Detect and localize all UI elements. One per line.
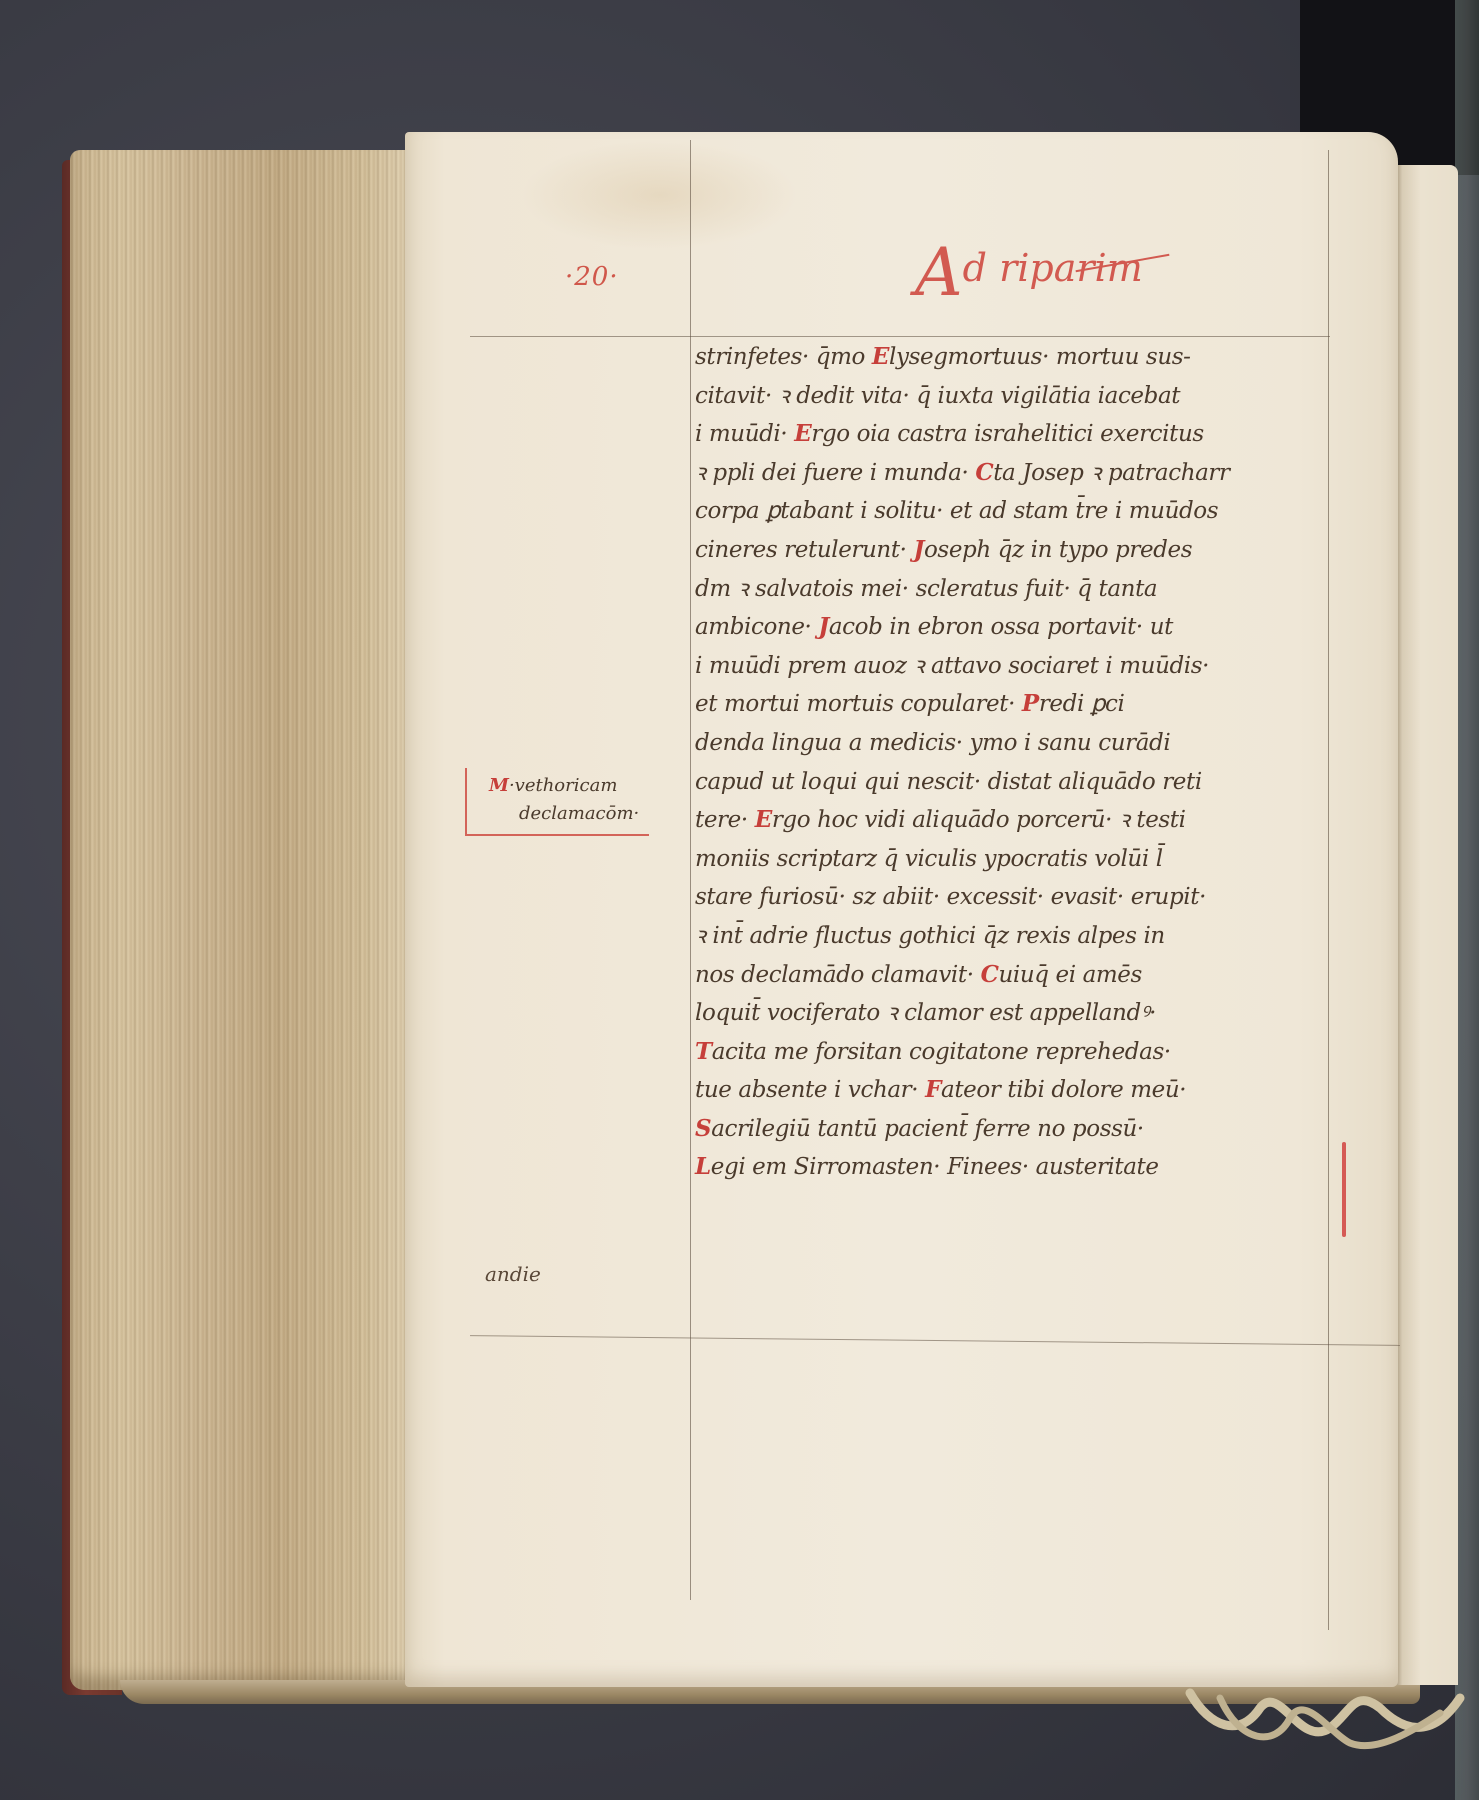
page-stain: [520, 140, 800, 250]
ruling-line-top: [470, 336, 1330, 337]
margin-note-capital: M: [489, 775, 509, 796]
text-line-pre: tue absente i vchar·: [695, 1077, 925, 1103]
text-line: corpa ꝑtabant i solitu· et ad stam t̄re …: [695, 492, 1345, 531]
tassel-cord: [1180, 1688, 1479, 1758]
text-line: ambicone· Jacob in ebron ossa portavit· …: [695, 608, 1345, 647]
text-line-pre: i muūdi prem auoz ꝛ attavo sociaret i mu…: [695, 653, 1209, 679]
text-line: et mortui mortuis copularet· Predi ꝑci: [695, 685, 1345, 724]
text-line: Sacrilegiū tantū pacient̄ ferre no possū…: [695, 1110, 1345, 1149]
text-line-pre: strinfetes· q̄mo: [695, 344, 872, 370]
text-line-mid: ateor tibi dolore meū·: [941, 1077, 1186, 1103]
text-line-pre: denda lingua a medicis· ymo i sanu curād…: [695, 730, 1170, 756]
margin-note-andie: andie: [485, 1262, 541, 1286]
running-title-text: d riparim: [963, 246, 1143, 290]
text-line-pre: stare furiosū· sz abiit· excessit· evasi…: [695, 884, 1206, 910]
text-line: strinfetes· q̄mo Elysegmortuus· mortuu s…: [695, 338, 1345, 377]
folio-number: ·20·: [565, 262, 619, 292]
text-line-mid: egi em: [711, 1154, 794, 1180]
text-line: nos declamādo clamavit· Cuiuq̄ ei amēs: [695, 956, 1345, 995]
text-line-pre: corpa ꝑtabant i solitu· et ad stam t̄re …: [695, 498, 1218, 524]
text-line-red: J: [914, 536, 924, 563]
text-line-red: L: [695, 1153, 711, 1180]
text-line-red: P: [1022, 690, 1039, 717]
text-line: stare furiosū· sz abiit· excessit· evasi…: [695, 878, 1345, 917]
text-line: Legi em Sirromasten· Finees· austeritate: [695, 1148, 1345, 1187]
text-line-pre: et mortui mortuis copularet·: [695, 691, 1022, 717]
text-line: cineres retulerunt· Joseph q̄z in typo p…: [695, 531, 1345, 570]
text-line-post: israhelitici exercitus: [974, 421, 1204, 447]
text-line: tere· Ergo hoc vidi aliquādo porcerū· ꝛ …: [695, 801, 1345, 840]
text-line: i muūdi prem auoz ꝛ attavo sociaret i mu…: [695, 647, 1345, 686]
text-line-mid: rgo oia castra: [811, 421, 974, 447]
text-line: i muūdi· Ergo oia castra israhelitici ex…: [695, 415, 1345, 454]
text-line-mid: acrilegiū tantū pacient̄ ferre no possū·: [711, 1116, 1144, 1142]
book-page-stack: [70, 150, 415, 1690]
text-line-red: S: [695, 1115, 711, 1142]
text-line: ꝛ int̄ adrie fluctus gothici q̄z rexis a…: [695, 917, 1345, 956]
main-text-column: strinfetes· q̄mo Elysegmortuus· mortuu s…: [695, 338, 1345, 1187]
text-line-mid: adrie: [750, 923, 815, 949]
text-line-pre: i muūdi·: [695, 421, 794, 447]
text-line-red: T: [695, 1038, 712, 1065]
text-line-post: q̄z in typo predes: [998, 537, 1192, 563]
text-line-mid: uiuq̄ ei amēs: [998, 962, 1141, 988]
text-line-pre: nos declamādo clamavit·: [695, 962, 981, 988]
running-title: Ad riparim: [915, 240, 1143, 306]
text-line-pre: dm ꝛ salvatois mei· scleratus fuit· q̄ t…: [695, 576, 1157, 602]
text-line-red: J: [818, 613, 828, 640]
text-line: Tacita me forsitan cogitatone reprehedas…: [695, 1033, 1345, 1072]
text-line-pre: capud ut loqui qui nescit· distat aliquā…: [695, 769, 1202, 795]
text-line-mid: ta: [993, 460, 1022, 486]
text-line-red: C: [981, 961, 999, 988]
text-line-red: E: [794, 420, 811, 447]
text-line-pre: ꝛ ppli dei fuere i munda·: [695, 460, 975, 486]
margin-note-rhetoric: M·vethoricam declamacōm·: [465, 768, 649, 836]
text-line-mid: ypocratis: [984, 846, 1095, 872]
text-line-pre: ꝛ int̄: [695, 923, 750, 949]
text-line-mid: oseph: [924, 537, 998, 563]
margin-note-line-1: ·vethoricam: [509, 775, 617, 796]
text-line-mid: lyseg: [889, 344, 948, 370]
text-line-pre: moniis scriptarz q̄ viculis: [695, 846, 984, 872]
running-title-capital: A: [915, 234, 963, 311]
text-line: citavit· ꝛ dedit vita· q̄ iuxta vigilāti…: [695, 377, 1345, 416]
text-line-mid: rgo hoc vidi aliquādo porcerū· ꝛ testi: [772, 807, 1186, 833]
text-line-pre: loquit̄ vociferato ꝛ clamor est appellan…: [695, 1000, 1156, 1026]
margin-note-line-2: declamacōm·: [489, 800, 639, 828]
text-line: capud ut loqui qui nescit· distat aliquā…: [695, 763, 1345, 802]
text-line: tue absente i vchar· Fateor tibi dolore …: [695, 1071, 1345, 1110]
text-line-mid: acita me forsitan cogitatone reprehedas·: [712, 1039, 1171, 1065]
text-line-red: F: [925, 1076, 941, 1103]
text-line: dm ꝛ salvatois mei· scleratus fuit· q̄ t…: [695, 570, 1345, 609]
text-line: ꝛ ppli dei fuere i munda· Cta Josep ꝛ pa…: [695, 454, 1345, 493]
text-line-pre: ambicone·: [695, 614, 818, 640]
text-line-post: volūi l̄: [1094, 846, 1162, 872]
margin-bracket-mark: [1342, 1142, 1346, 1237]
facing-page-strip: [1396, 165, 1458, 1685]
text-line-red: E: [872, 343, 889, 370]
text-line-post: mortuus· mortuu sus-: [948, 344, 1191, 370]
text-line-post: redi ꝑci: [1039, 691, 1125, 717]
ruling-line-left: [690, 140, 691, 1600]
text-line-post: Josep ꝛ patracharr: [1022, 460, 1229, 486]
text-line: moniis scriptarz q̄ viculis ypocratis vo…: [695, 840, 1345, 879]
text-line-post: ossa portavit· ut: [991, 614, 1173, 640]
text-line: denda lingua a medicis· ymo i sanu curād…: [695, 724, 1345, 763]
text-line-red: C: [975, 459, 993, 486]
text-line-post: Sirromasten· Finees· austeritate: [794, 1154, 1159, 1180]
text-line-pre: tere·: [695, 807, 755, 833]
glass-plate-edge: [1455, 0, 1479, 1800]
text-line-post: fluctus gothici q̄z rexis alpes in: [815, 923, 1165, 949]
text-line-pre: citavit· ꝛ dedit vita· q̄ iuxta vigilāti…: [695, 383, 1180, 409]
text-line-mid: acob in ebron: [829, 614, 991, 640]
text-line-pre: cineres retulerunt·: [695, 537, 914, 563]
text-line-red: E: [755, 806, 772, 833]
text-line: loquit̄ vociferato ꝛ clamor est appellan…: [695, 994, 1345, 1033]
